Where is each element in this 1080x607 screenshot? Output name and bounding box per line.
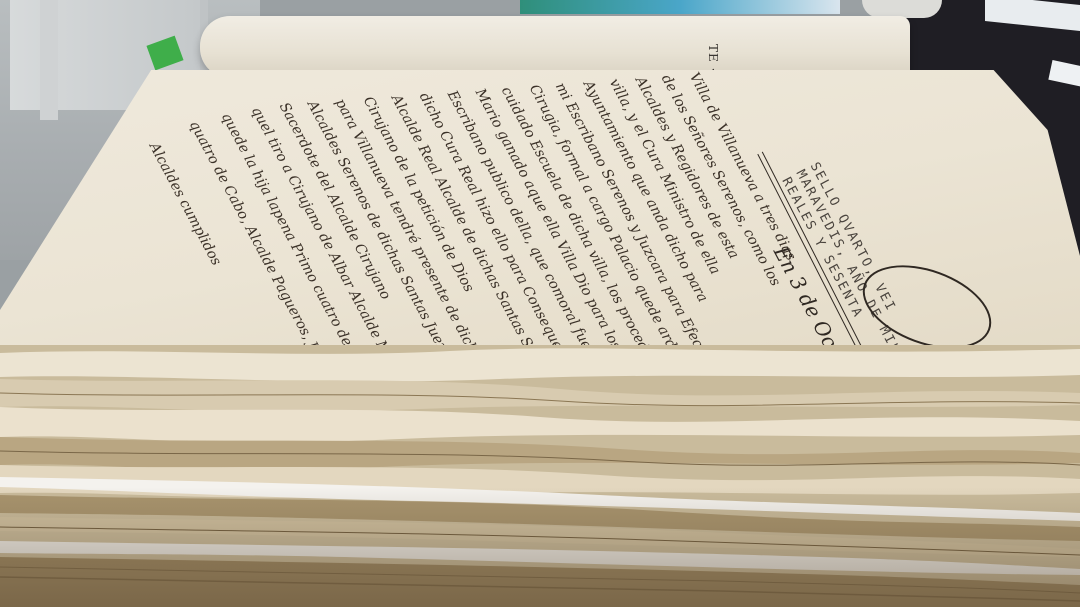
manuscript-page: SELLO QVARTO, VEI MARAVEDIS, AÑO DE MIL …: [0, 70, 1080, 370]
folder-edge: [520, 0, 840, 14]
rolled-page: TE · NIL · IA: [200, 16, 910, 78]
stack-shadow: [0, 487, 1080, 607]
shelf-post: [40, 0, 58, 120]
page-stack-edges: [0, 345, 1080, 607]
manuscript-photo: TE · NIL · IA SELLO QVARTO, VEI MARAVEDI…: [0, 0, 1080, 607]
handwritten-line: quede la hija lapena Primo cuatro de ell…: [218, 110, 369, 375]
